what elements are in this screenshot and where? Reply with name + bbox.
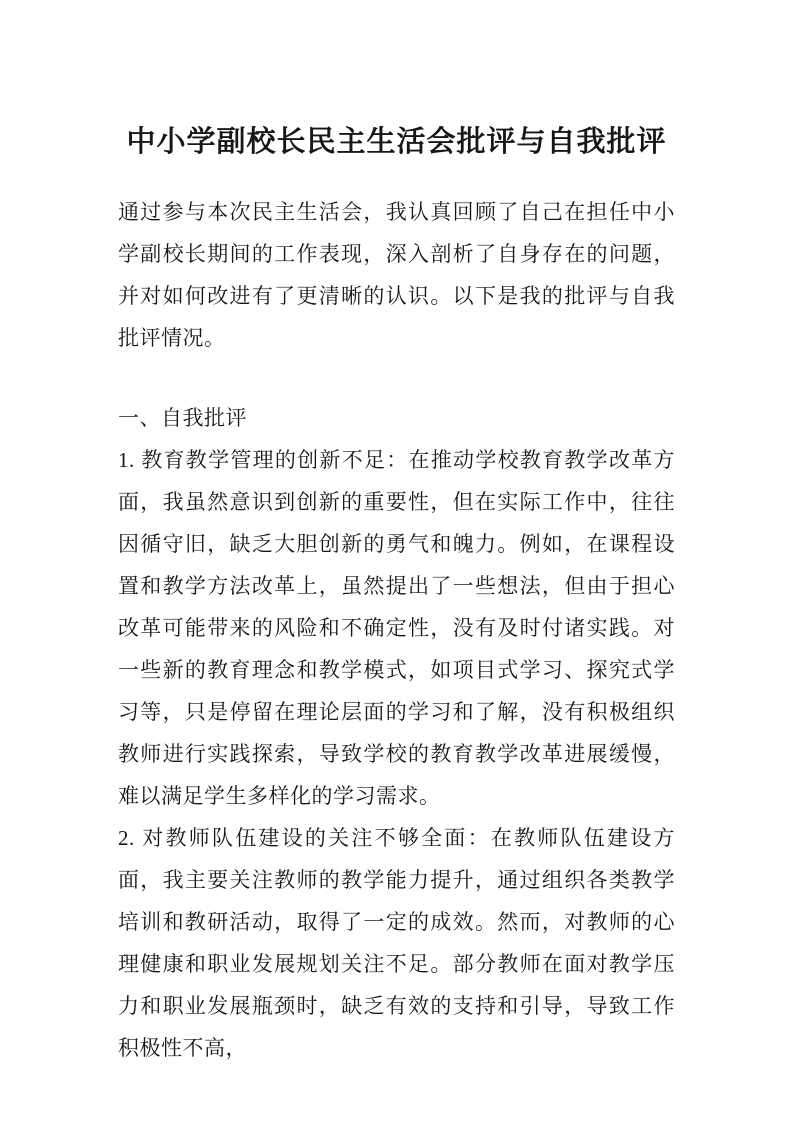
- criticism-item-2: 2. 对教师队伍建设的关注不够全面：在教师队伍建设方面，我主要关注教师的教学能力…: [118, 817, 675, 1069]
- section-heading-self-criticism: 一、自我批评: [118, 397, 675, 439]
- document-page: 中小学副校长民主生活会批评与自我批评 通过参与本次民主生活会，我认真回顾了自己在…: [0, 0, 793, 1122]
- criticism-item-1: 1. 教育教学管理的创新不足：在推动学校教育教学改革方面，我虽然意识到创新的重要…: [118, 439, 675, 817]
- document-title: 中小学副校长民主生活会批评与自我批评: [118, 0, 675, 164]
- intro-paragraph: 通过参与本次民主生活会，我认真回顾了自己在担任中小学副校长期间的工作表现，深入剖…: [118, 191, 675, 359]
